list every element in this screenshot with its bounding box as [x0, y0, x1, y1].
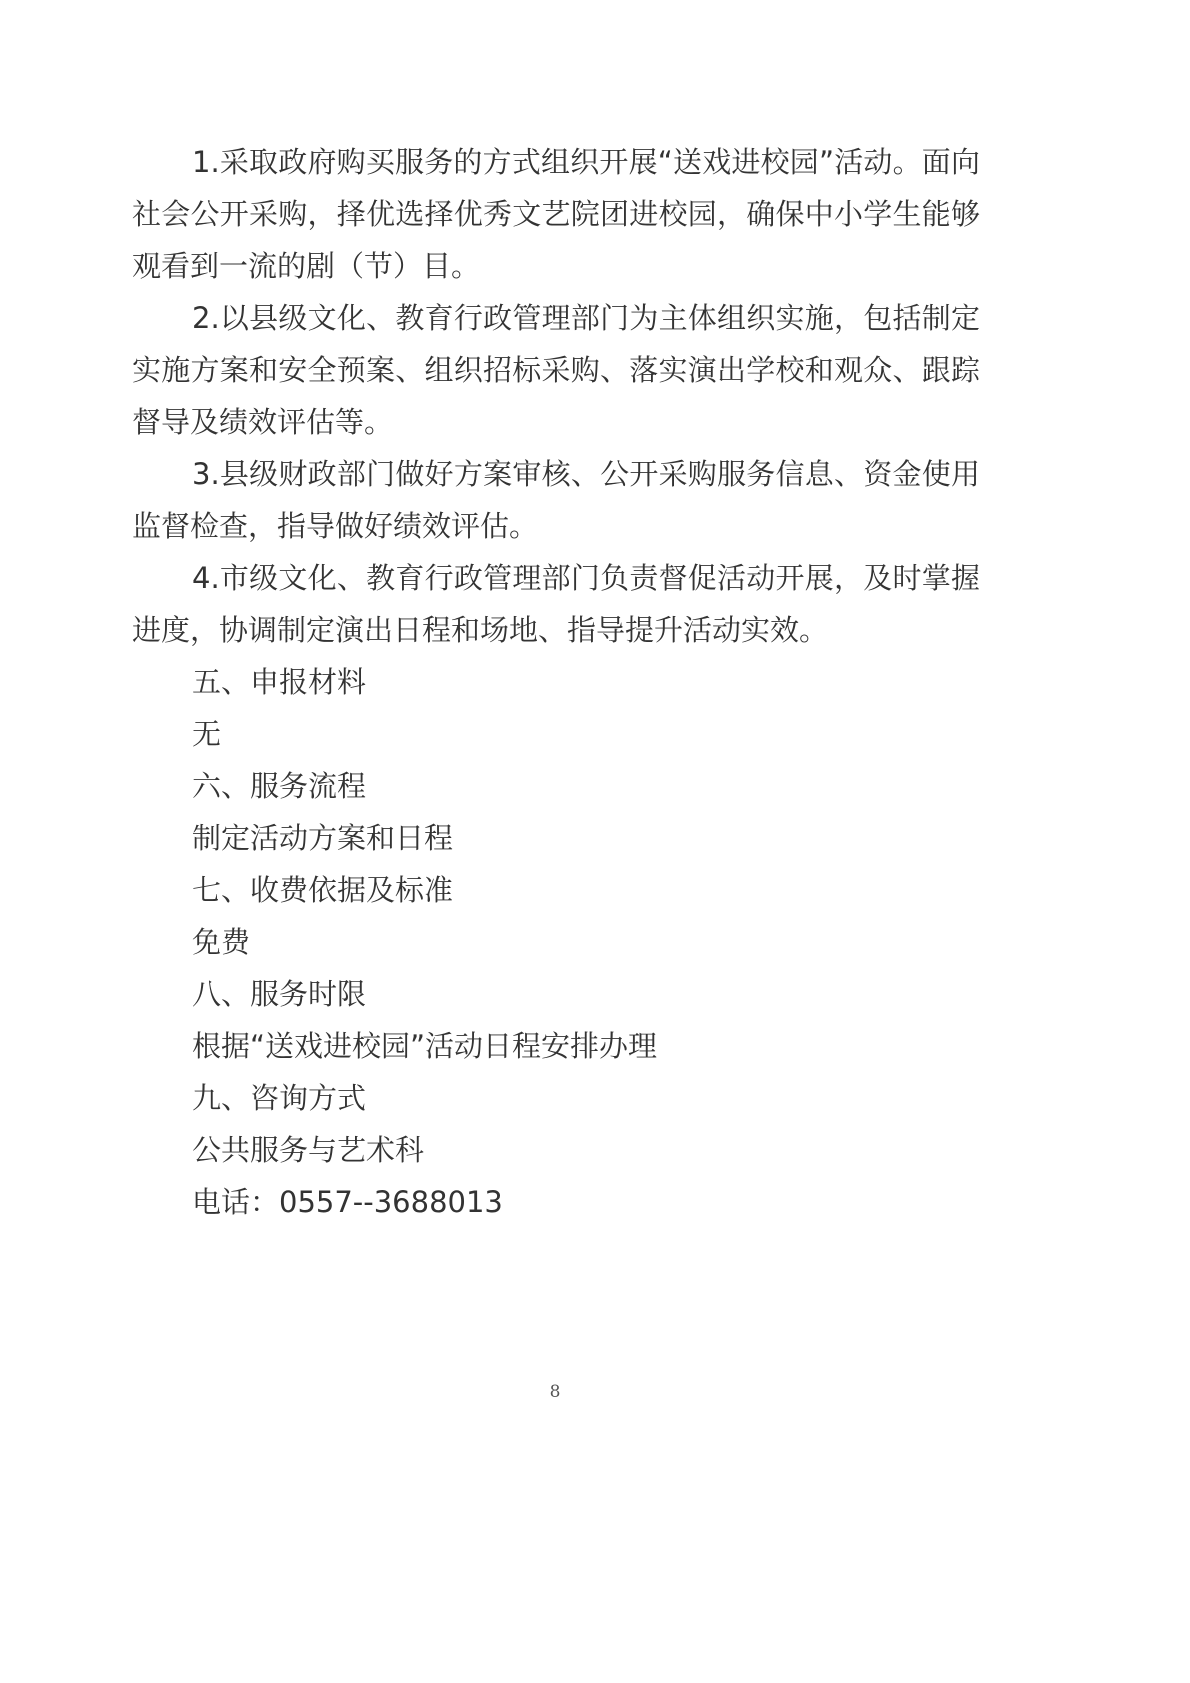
section-content-department: 公共服务与艺术科	[132, 1124, 980, 1176]
section-content-service-process: 制定活动方案和日程	[132, 812, 980, 864]
section-heading-application-materials: 五、申报材料	[132, 656, 980, 708]
section-content-fee-basis: 免费	[132, 916, 980, 968]
section-heading-service-time-limit: 八、服务时限	[132, 968, 980, 1020]
section-content-phone: 电话：0557--3688013	[132, 1176, 980, 1228]
section-content-service-time-limit: 根据“送戏进校园”活动日程安排办理	[132, 1020, 980, 1072]
section-heading-service-process: 六、服务流程	[132, 760, 980, 812]
paragraph-3: 3.县级财政部门做好方案审核、公开采购服务信息、资金使用监督检查，指导做好绩效评…	[132, 448, 980, 552]
page-number: 8	[0, 1382, 1110, 1402]
paragraph-2: 2.以县级文化、教育行政管理部门为主体组织实施，包括制定实施方案和安全预案、组织…	[132, 292, 980, 448]
paragraph-1: 1.采取政府购买服务的方式组织开展“送戏进校园”活动。面向社会公开采购，择优选择…	[132, 136, 980, 292]
section-heading-consultation: 九、咨询方式	[132, 1072, 980, 1124]
paragraph-4: 4.市级文化、教育行政管理部门负责督促活动开展，及时掌握进度，协调制定演出日程和…	[132, 552, 980, 656]
section-content-application-materials: 无	[132, 708, 980, 760]
document-page: 1.采取政府购买服务的方式组织开展“送戏进校园”活动。面向社会公开采购，择优选择…	[132, 136, 980, 1228]
section-heading-fee-basis: 七、收费依据及标准	[132, 864, 980, 916]
